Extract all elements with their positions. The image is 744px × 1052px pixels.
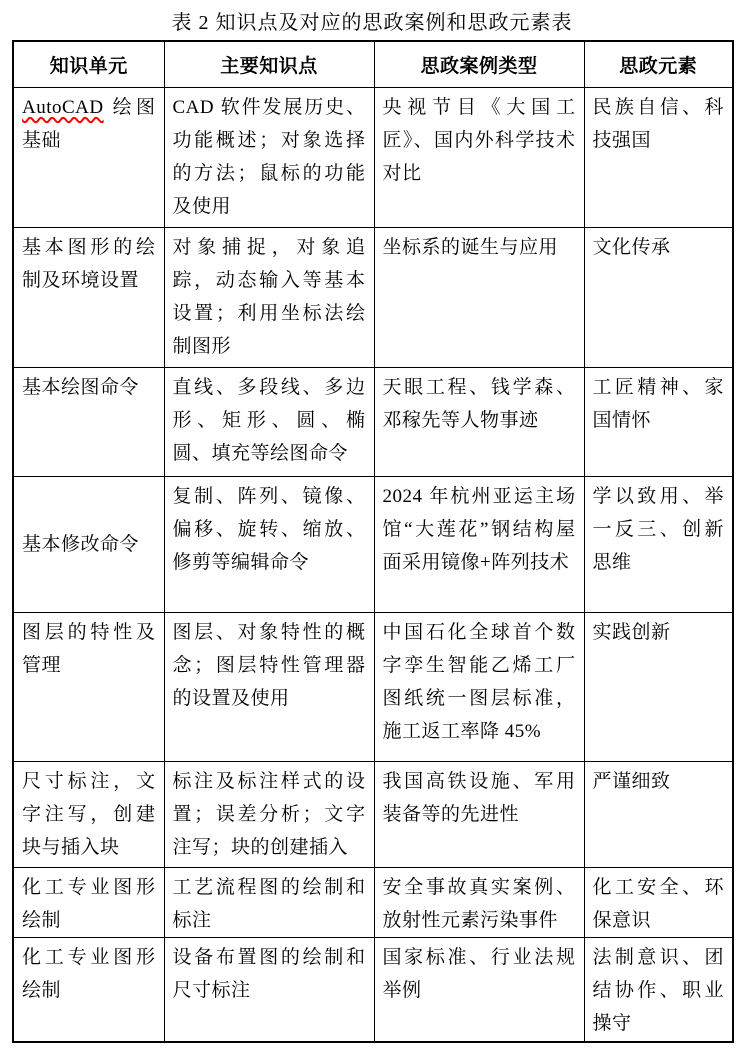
cell-main-points: 直线、多段线、多边形、矩形、圆、椭圆、填充等绘图命令 xyxy=(164,367,374,476)
cell-elements: 严谨细致 xyxy=(584,761,733,867)
cell-main-points: 工艺流程图的绘制和标注 xyxy=(164,867,374,937)
table-row: 基本修改命令 复制、阵列、镜像、偏移、旋转、缩放、修剪等编辑命令 2024 年杭… xyxy=(13,476,733,612)
cell-knowledge-unit: AutoCAD 绘图基础 xyxy=(13,87,164,227)
cell-elements: 工匠精神、家国情怀 xyxy=(584,367,733,476)
cell-case-type: 2024 年杭州亚运主场馆“大莲花”钢结构屋面采用镜像+阵列技术 xyxy=(374,476,584,612)
cell-knowledge-unit: 基本绘图命令 xyxy=(13,367,164,476)
cell-knowledge-unit: 基本修改命令 xyxy=(13,476,164,612)
cell-case-type: 天眼工程、钱学森、邓稼先等人物事迹 xyxy=(374,367,584,476)
cell-knowledge-unit: 尺寸标注，文字注写，创建块与插入块 xyxy=(13,761,164,867)
cell-knowledge-unit: 化工专业图形绘制 xyxy=(13,937,164,1042)
header-row: 知识单元 主要知识点 思政案例类型 思政元素 xyxy=(13,41,733,87)
cell-elements: 法制意识、团结协作、职业操守 xyxy=(584,937,733,1042)
table-row: 基本图形的绘制及环境设置 对象捕捉，对象追踪，动态输入等基本设置；利用坐标法绘制… xyxy=(13,227,733,367)
table-row: 化工专业图形绘制 工艺流程图的绘制和标注 安全事故真实案例、放射性元素污染事件 … xyxy=(13,867,733,937)
cell-elements: 民族自信、科技强国 xyxy=(584,87,733,227)
document-page: 表 2 知识点及对应的思政案例和思政元素表 知识单元 主要知识点 思政案例类型 … xyxy=(0,0,744,1052)
cell-main-points: 复制、阵列、镜像、偏移、旋转、缩放、修剪等编辑命令 xyxy=(164,476,374,612)
cell-elements: 化工安全、环保意识 xyxy=(584,867,733,937)
cell-knowledge-unit: 基本图形的绘制及环境设置 xyxy=(13,227,164,367)
table-row: AutoCAD 绘图基础 CAD 软件发展历史、功能概述；对象选择的方法；鼠标的… xyxy=(13,87,733,227)
cell-elements: 学以致用、举一反三、创新思维 xyxy=(584,476,733,612)
spellcheck-flagged-word: AutoCAD xyxy=(22,97,104,118)
table-row: 化工专业图形绘制 设备布置图的绘制和尺寸标注 国家标准、行业法规举例 法制意识、… xyxy=(13,937,733,1042)
table-caption: 表 2 知识点及对应的思政案例和思政元素表 xyxy=(0,0,744,40)
header-elements: 思政元素 xyxy=(584,41,733,87)
cell-main-points: 对象捕捉，对象追踪，动态输入等基本设置；利用坐标法绘制图形 xyxy=(164,227,374,367)
cell-main-points: 设备布置图的绘制和尺寸标注 xyxy=(164,937,374,1042)
cell-elements: 实践创新 xyxy=(584,612,733,761)
cell-main-points: 图层、对象特性的概念；图层特性管理器的设置及使用 xyxy=(164,612,374,761)
cell-main-points: CAD 软件发展历史、功能概述；对象选择的方法；鼠标的功能及使用 xyxy=(164,87,374,227)
cell-case-type: 中国石化全球首个数字孪生智能乙烯工厂图纸统一图层标准，施工返工率降 45% xyxy=(374,612,584,761)
cell-knowledge-unit: 化工专业图形绘制 xyxy=(13,867,164,937)
header-case-type: 思政案例类型 xyxy=(374,41,584,87)
cell-main-points: 标注及标注样式的设置；误差分析；文字注写；块的创建插入 xyxy=(164,761,374,867)
table-row: 基本绘图命令 直线、多段线、多边形、矩形、圆、椭圆、填充等绘图命令 天眼工程、钱… xyxy=(13,367,733,476)
cell-case-type: 央视节目《大国工匠》、国内外科学技术对比 xyxy=(374,87,584,227)
cell-case-type: 坐标系的诞生与应用 xyxy=(374,227,584,367)
cell-case-type: 国家标准、行业法规举例 xyxy=(374,937,584,1042)
table-row: 尺寸标注，文字注写，创建块与插入块 标注及标注样式的设置；误差分析；文字注写；块… xyxy=(13,761,733,867)
cell-elements: 文化传承 xyxy=(584,227,733,367)
cell-case-type: 安全事故真实案例、放射性元素污染事件 xyxy=(374,867,584,937)
header-knowledge-unit: 知识单元 xyxy=(13,41,164,87)
cell-knowledge-unit: 图层的特性及管理 xyxy=(13,612,164,761)
table-row: 图层的特性及管理 图层、对象特性的概念；图层特性管理器的设置及使用 中国石化全球… xyxy=(13,612,733,761)
ideology-elements-table: 知识单元 主要知识点 思政案例类型 思政元素 AutoCAD 绘图基础 CAD … xyxy=(12,40,734,1043)
cell-case-type: 我国高铁设施、军用装备等的先进性 xyxy=(374,761,584,867)
header-main-points: 主要知识点 xyxy=(164,41,374,87)
